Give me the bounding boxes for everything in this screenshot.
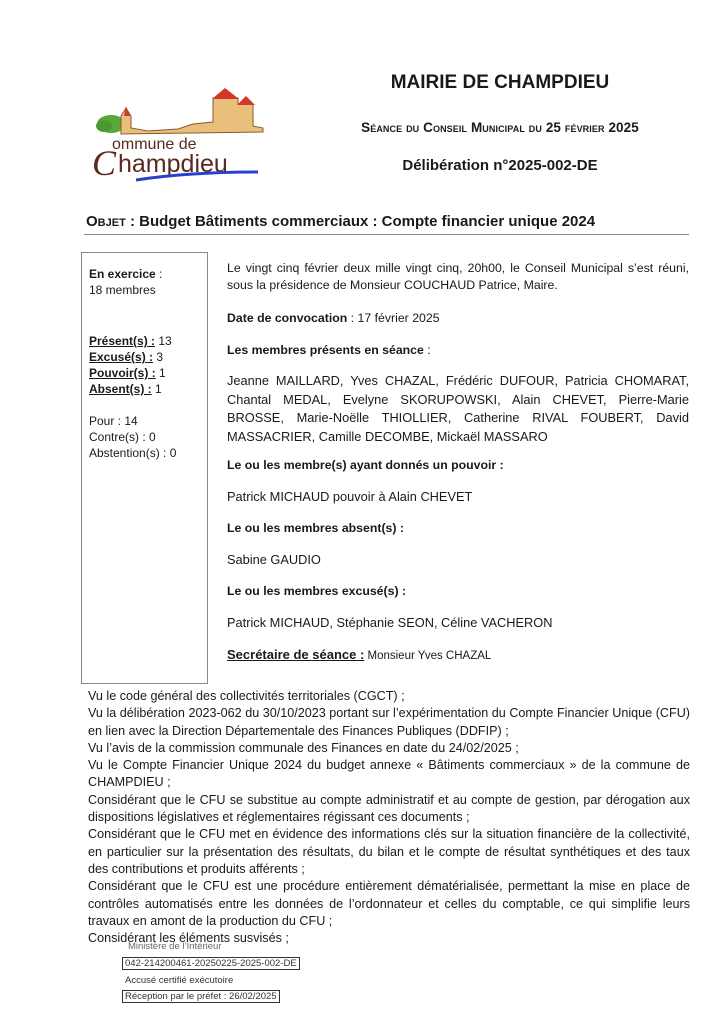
vote-pour: Pour : 14 bbox=[89, 413, 176, 429]
seance-title: Séance du Conseil Municipal du 25 févrie… bbox=[300, 120, 700, 135]
en-exercice: En exercice : 18 membres bbox=[89, 266, 162, 298]
objet-label: Objet bbox=[86, 213, 126, 230]
considerant-item: Considérant que le CFU est une procédure… bbox=[88, 878, 690, 930]
pouvoir-list: Patrick MICHAUD pouvoir à Alain CHEVET bbox=[227, 488, 689, 505]
absents-count: Absent(s) : 1 bbox=[89, 381, 172, 397]
attendance-counts: Présent(s) : 13 Excusé(s) : 3 Pouvoir(s)… bbox=[89, 333, 172, 397]
absents-list: Sabine GAUDIO bbox=[227, 551, 689, 568]
intro-paragraph: Le vingt cinq février deux mille vingt c… bbox=[227, 260, 689, 294]
pouvoir-heading: Le ou les membre(s) ayant donnés un pouv… bbox=[227, 457, 689, 474]
deliberation-number: Délibération n°2025-002-DE bbox=[300, 157, 700, 174]
vote-contre: Contre(s) : 0 bbox=[89, 429, 176, 445]
considerant-item: Vu le Compte Financier Unique 2024 du bu… bbox=[88, 757, 690, 792]
stamp-reception: Réception par le préfet : 26/02/2025 bbox=[122, 990, 280, 1003]
objet-divider bbox=[84, 234, 689, 235]
considerants-list: Vu le code général des collectivités ter… bbox=[88, 688, 690, 947]
castle-illustration: ommune de C hampdieu bbox=[88, 76, 268, 186]
vote-abstention: Abstention(s) : 0 bbox=[89, 445, 176, 461]
presents-heading: Les membres présents en séance : bbox=[227, 342, 689, 359]
objet-text: : Budget Bâtiments commerciaux : Compte … bbox=[126, 213, 595, 230]
excuses-count: Excusé(s) : 3 bbox=[89, 349, 172, 365]
excuses-list: Patrick MICHAUD, Stéphanie SEON, Céline … bbox=[227, 614, 689, 631]
objet-line: Objet : Budget Bâtiments commerciaux : C… bbox=[86, 213, 595, 230]
stamp-status: Accusé certifié exécutoire bbox=[125, 975, 233, 986]
considerant-item: Vu l’avis de la commission communale des… bbox=[88, 740, 690, 757]
attendance-summary-box: En exercice : 18 membres Présent(s) : 13… bbox=[81, 252, 208, 684]
commune-logo: ommune de C hampdieu bbox=[88, 76, 268, 186]
considerant-item: Considérant que le CFU se substitue au c… bbox=[88, 792, 690, 827]
presents-count: Présent(s) : 13 bbox=[89, 333, 172, 349]
stamp-header: Ministère de l’Intérieur bbox=[128, 941, 221, 952]
considerant-item: Considérant que le CFU met en évidence d… bbox=[88, 826, 690, 878]
stamp-identifier: 042-214200461-20250225-2025-002-DE bbox=[122, 957, 300, 970]
svg-text:C: C bbox=[92, 143, 117, 183]
presents-list: Jeanne MAILLARD, Yves CHAZAL, Frédéric D… bbox=[227, 372, 689, 446]
mairie-title: MAIRIE DE CHAMPDIEU bbox=[300, 72, 700, 94]
vote-results: Pour : 14 Contre(s) : 0 Abstention(s) : … bbox=[89, 413, 176, 461]
absents-heading: Le ou les membres absent(s) : bbox=[227, 520, 689, 537]
secretaire-line: Secrétaire de séance : Monsieur Yves CHA… bbox=[227, 646, 689, 665]
excuses-heading: Le ou les membres excusé(s) : bbox=[227, 583, 689, 600]
pouvoirs-count: Pouvoir(s) : 1 bbox=[89, 365, 172, 381]
considerant-item: Vu le code général des collectivités ter… bbox=[88, 688, 690, 705]
considerant-item: Vu la délibération 2023-062 du 30/10/202… bbox=[88, 705, 690, 740]
convocation-date: Date de convocation : 17 février 2025 bbox=[227, 310, 689, 327]
